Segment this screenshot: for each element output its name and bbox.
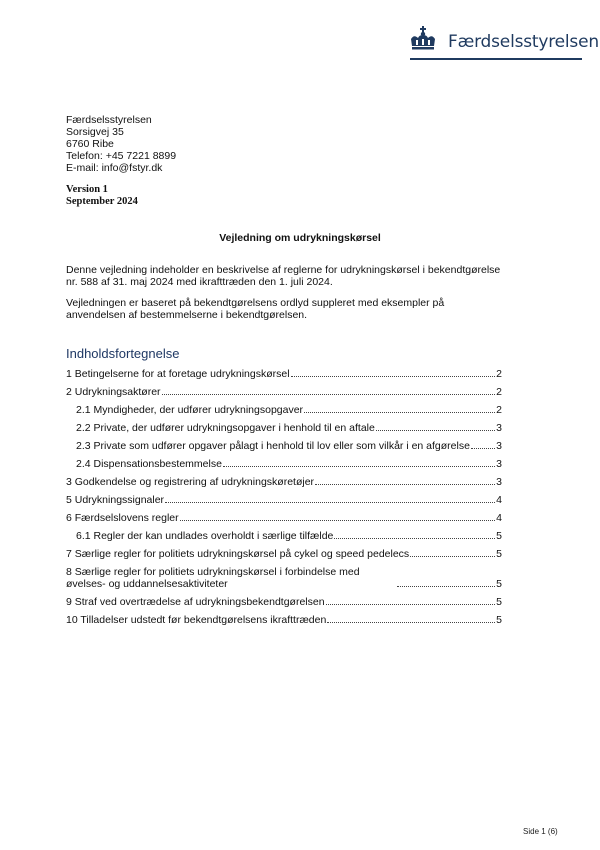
- toc-leader-dots: [165, 502, 495, 503]
- toc-entry[interactable]: 5 Udrykningssignaler4: [66, 488, 502, 506]
- toc-entry-page: 2: [496, 386, 502, 398]
- toc-entry-label: 10 Tilladelser udstedt før bekendtgørels…: [66, 614, 326, 626]
- address-line: Færdselsstyrelsen: [66, 114, 176, 126]
- toc-entry-page: 5: [496, 530, 502, 542]
- table-of-contents: 1 Betingelserne for at foretage udryknin…: [66, 362, 502, 626]
- sender-address: Færdselsstyrelsen Sorsigvej 35 6760 Ribe…: [66, 114, 176, 174]
- toc-leader-dots: [223, 466, 495, 467]
- toc-leader-dots: [315, 484, 495, 485]
- toc-entry-page: 3: [496, 440, 502, 452]
- toc-entry-page: 2: [496, 368, 502, 380]
- toc-leader-dots: [471, 448, 495, 449]
- address-line: E-mail: info@fstyr.dk: [66, 162, 176, 174]
- toc-entry-label: 3 Godkendelse og registrering af udrykni…: [66, 476, 314, 488]
- version-date: September 2024: [66, 196, 138, 208]
- toc-entry[interactable]: 8 Særlige regler for politiets udrykning…: [66, 560, 502, 590]
- toc-entry-label: 2 Udrykningsaktører: [66, 386, 161, 398]
- toc-leader-dots: [397, 586, 495, 587]
- toc-entry[interactable]: 7 Særlige regler for politiets udrykning…: [66, 542, 502, 560]
- toc-entry-label: 8 Særlige regler for politiets udrykning…: [66, 566, 396, 590]
- toc-entry-label: 6 Færdselslovens regler: [66, 512, 179, 524]
- logo-name: Færdselsstyrelsen: [448, 32, 599, 52]
- toc-entry[interactable]: 6.1 Regler der kan undlades overholdt i …: [66, 524, 502, 542]
- toc-leader-dots: [304, 412, 495, 413]
- toc-entry-page: 4: [496, 494, 502, 506]
- toc-entry-label: 5 Udrykningssignaler: [66, 494, 164, 506]
- toc-leader-dots: [376, 430, 495, 431]
- toc-entry[interactable]: 6 Færdselslovens regler4: [66, 506, 502, 524]
- version-block: Version 1 September 2024: [66, 184, 138, 208]
- basis-paragraph: Vejledningen er baseret på bekendtgørels…: [66, 297, 506, 321]
- toc-leader-dots: [291, 376, 496, 377]
- toc-leader-dots: [162, 394, 496, 395]
- toc-leader-dots: [326, 604, 496, 605]
- toc-entry-page: 5: [496, 596, 502, 608]
- toc-entry-page: 4: [496, 512, 502, 524]
- toc-entry[interactable]: 2.1 Myndigheder, der udfører udrykningso…: [66, 398, 502, 416]
- toc-leader-dots: [410, 556, 495, 557]
- document-title: Vejledning om udrykningskørsel: [0, 232, 600, 244]
- toc-entry[interactable]: 3 Godkendelse og registrering af udrykni…: [66, 470, 502, 488]
- toc-leader-dots: [327, 622, 495, 623]
- toc-entry-page: 3: [496, 458, 502, 470]
- toc-entry[interactable]: 2 Udrykningsaktører2: [66, 380, 502, 398]
- crown-icon: [408, 26, 438, 54]
- intro-paragraph: Denne vejledning indeholder en beskrivel…: [66, 264, 506, 288]
- version-number: Version 1: [66, 184, 138, 196]
- page-number: Side 1 (6): [523, 827, 558, 836]
- toc-entry-page: 2: [496, 404, 502, 416]
- toc-entry-page: 5: [496, 578, 502, 590]
- toc-entry-label: 6.1 Regler der kan undlades overholdt i …: [76, 530, 333, 542]
- toc-leader-dots: [180, 520, 496, 521]
- toc-entry-label: 7 Særlige regler for politiets udrykning…: [66, 548, 409, 560]
- toc-entry-label: 2.2 Private, der udfører udrykningsopgav…: [76, 422, 375, 434]
- toc-leader-dots: [334, 538, 495, 539]
- address-line: 6760 Ribe: [66, 138, 176, 150]
- toc-entry-page: 5: [496, 548, 502, 560]
- toc-entry-label: 2.3 Private som udfører opgaver pålagt i…: [76, 440, 470, 452]
- toc-entry[interactable]: 1 Betingelserne for at foretage udryknin…: [66, 362, 502, 380]
- toc-entry-label: 2.4 Dispensationsbestemmelse: [76, 458, 222, 470]
- toc-entry-page: 5: [496, 614, 502, 626]
- toc-entry-label: 9 Straf ved overtrædelse af udrykningsbe…: [66, 596, 325, 608]
- toc-entry[interactable]: 2.3 Private som udfører opgaver pålagt i…: [66, 434, 502, 452]
- toc-heading: Indholdsfortegnelse: [66, 346, 179, 361]
- logo: Færdselsstyrelsen: [408, 26, 594, 62]
- toc-entry[interactable]: 10 Tilladelser udstedt før bekendtgørels…: [66, 608, 502, 626]
- toc-entry-label: 1 Betingelserne for at foretage udryknin…: [66, 368, 290, 380]
- toc-entry-page: 3: [496, 476, 502, 488]
- logo-underline: [410, 58, 582, 60]
- toc-entry-page: 3: [496, 422, 502, 434]
- address-line: Telefon: +45 7221 8899: [66, 150, 176, 162]
- toc-entry[interactable]: 9 Straf ved overtrædelse af udrykningsbe…: [66, 590, 502, 608]
- address-line: Sorsigvej 35: [66, 126, 176, 138]
- toc-entry[interactable]: 2.4 Dispensationsbestemmelse3: [66, 452, 502, 470]
- toc-entry-label: 2.1 Myndigheder, der udfører udrykningso…: [76, 404, 303, 416]
- toc-entry[interactable]: 2.2 Private, der udfører udrykningsopgav…: [66, 416, 502, 434]
